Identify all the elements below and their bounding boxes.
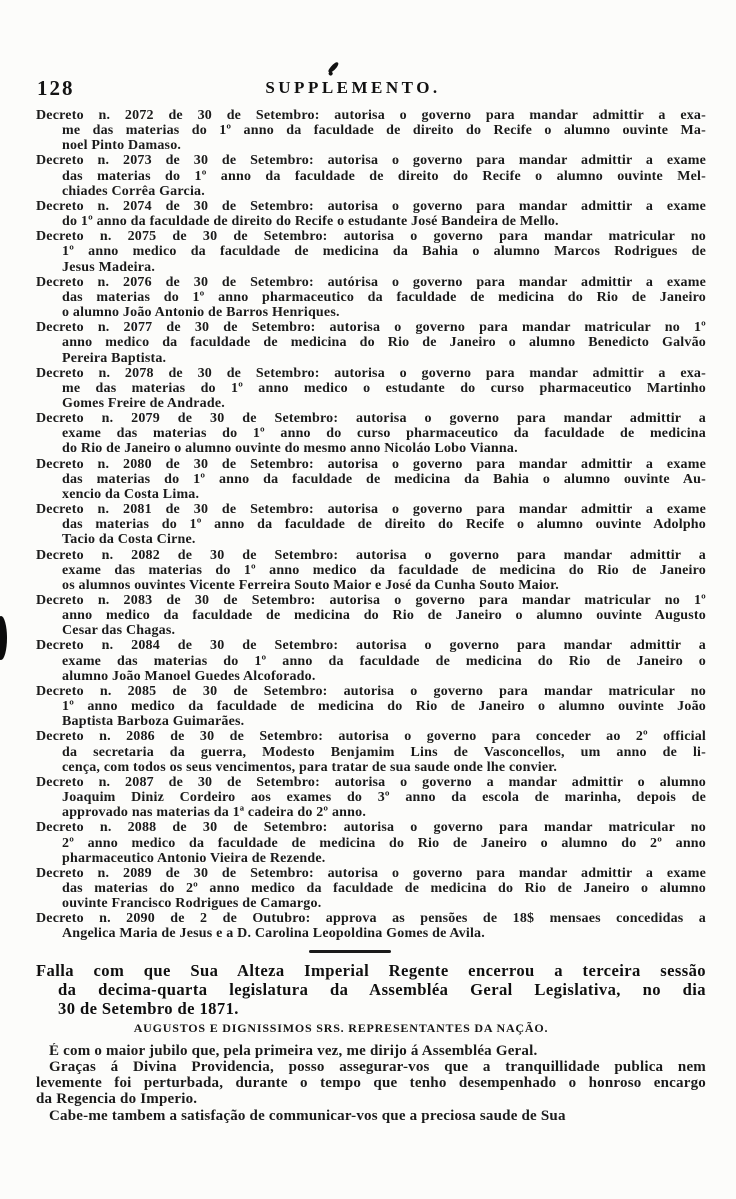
speech-heading: Falla com que Sua Alteza Imperial Regent… [36,961,706,1019]
speech-paragraphs: É com o maior jubilo que, pela primeira … [36,1043,706,1123]
text-line: noel Pinto Damaso. [36,138,706,153]
text-line: Decreto n. 2083 de 30 de Setembro: autor… [36,593,706,608]
text-line: exame das materias do 1º anno da faculda… [36,654,706,669]
decreto-paragraph-2090: Decreto n. 2090 de 2 de Outubro: approva… [36,911,706,941]
decreto-paragraph-2085: Decreto n. 2085 de 30 de Setembro: autor… [36,684,706,729]
text-line: Decreto n. 2075 de 30 de Setembro: autor… [36,229,706,244]
text-line: Decreto n. 2082 de 30 de Setembro: autor… [36,548,706,563]
text-line: alumno João Manoel Guedes Alcoforado. [36,669,706,684]
decreto-paragraph-2088: Decreto n. 2088 de 30 de Setembro: autor… [36,820,706,865]
text-line: Cabe-me tambem a satisfação de communica… [36,1108,706,1124]
decree-list: Decreto n. 2072 de 30 de Setembro: autor… [36,108,706,942]
text-line: É com o maior jubilo que, pela primeira … [36,1043,706,1059]
text-line: da decima-quarta legislatura da Assemblé… [36,980,706,999]
decreto-paragraph-2075: Decreto n. 2075 de 30 de Setembro: autor… [36,229,706,274]
text-line: 1º anno medico da faculdade de medicina … [36,244,706,259]
text-line: me das materias do 1º anno da faculdade … [36,123,706,138]
speech-paragraph-2: Graças á Divina Providencia, posso asseg… [36,1059,706,1107]
text-line: das materias do 1º anno da faculdade de … [36,169,706,184]
text-line: Gomes Freire de Andrade. [36,396,706,411]
text-line: das materias do 2º anno medico da faculd… [36,881,706,896]
text-line: approvado nas materias da 1ª cadeira do … [36,805,706,820]
text-line: Decreto n. 2086 de 30 de Setembro: autor… [36,729,706,744]
text-line: Angelica Maria de Jesus e a D. Carolina … [36,926,706,941]
text-line: Cesar das Chagas. [36,623,706,638]
text-line: Decreto n. 2085 de 30 de Setembro: autor… [36,684,706,699]
text-line: Decreto n. 2078 de 30 de Setembro: autor… [36,366,706,381]
speech-salutation: AUGUSTOS E DIGNISSIMOS SRS. REPRESENTANT… [6,1021,676,1036]
decreto-paragraph-2076: Decreto n. 2076 de 30 de Setembro: autór… [36,275,706,320]
text-line: os alumnos ouvintes Vicente Ferreira Sou… [36,578,706,593]
text-line: Graças á Divina Providencia, posso asseg… [36,1059,706,1075]
decreto-paragraph-2080: Decreto n. 2080 de 30 de Setembro: autor… [36,457,706,502]
text-line: xencio da Costa Lima. [36,487,706,502]
text-line: Decreto n. 2081 de 30 de Setembro: autor… [36,502,706,517]
text-line: 1º anno medico da faculdade de medicina … [36,699,706,714]
text-line: do Rio de Janeiro o alumno ouvinte do me… [36,441,706,456]
text-line: me das materias do 1º anno medico o estu… [36,381,706,396]
decreto-paragraph-2089: Decreto n. 2089 de 30 de Setembro: autor… [36,866,706,911]
scanned-document-page: 128 SUPPLEMENTO. Decreto n. 2072 de 30 d… [0,0,736,1199]
text-line: Joaquim Diniz Cordeiro aos exames do 3º … [36,790,706,805]
text-line: chiades Corrêa Garcia. [36,184,706,199]
decreto-paragraph-2086: Decreto n. 2086 de 30 de Setembro: autor… [36,729,706,774]
text-line: Decreto n. 2077 de 30 de Setembro: autor… [36,320,706,335]
decreto-paragraph-2072: Decreto n. 2072 de 30 de Setembro: autor… [36,108,706,153]
speech-paragraph-1: É com o maior jubilo que, pela primeira … [36,1043,706,1059]
text-line: o alumno João Antonio de Barros Henrique… [36,305,706,320]
text-line: 30 de Setembro de 1871. [36,999,706,1018]
text-line: Decreto n. 2079 de 30 de Setembro: autor… [36,411,706,426]
text-line: pharmaceutico Antonio Vieira de Rezende. [36,851,706,866]
page-header: 128 SUPPLEMENTO. [36,74,706,98]
decreto-paragraph-2073: Decreto n. 2073 de 30 de Setembro: autor… [36,153,706,198]
ink-blot-icon [0,616,7,660]
text-line: Decreto n. 2084 de 30 de Setembro: autor… [36,638,706,653]
text-line: das materias do 1º anno pharmaceutico da… [36,290,706,305]
text-line: da secretaria da guerra, Modesto Benjami… [36,745,706,760]
page-content: 128 SUPPLEMENTO. Decreto n. 2072 de 30 d… [36,0,706,1124]
text-line: levemente foi perturbada, durante o temp… [36,1075,706,1091]
text-line: do 1º anno da faculdade de direito do Re… [36,214,706,229]
text-line: das materias do 1º anno da faculdade de … [36,472,706,487]
text-line: Decreto n. 2074 de 30 de Setembro: autor… [36,199,706,214]
text-line: anno medico da faculdade de medicina do … [36,335,706,350]
text-line: Jesus Madeira. [36,260,706,275]
text-line: Decreto n. 2073 de 30 de Setembro: autor… [36,153,706,168]
decreto-paragraph-2082: Decreto n. 2082 de 30 de Setembro: autor… [36,548,706,593]
decreto-paragraph-2074: Decreto n. 2074 de 30 de Setembro: autor… [36,199,706,229]
decreto-paragraph-2077: Decreto n. 2077 de 30 de Setembro: autor… [36,320,706,365]
decreto-paragraph-2078: Decreto n. 2078 de 30 de Setembro: autor… [36,366,706,411]
text-line: Decreto n. 2088 de 30 de Setembro: autor… [36,820,706,835]
text-line: Decreto n. 2076 de 30 de Setembro: autór… [36,275,706,290]
text-line: Tacio da Costa Cirne. [36,532,706,547]
text-line: exame das materias do 1º anno medico da … [36,563,706,578]
text-line: ouvinte Francisco Rodrigues de Camargo. [36,896,706,911]
text-line: exame das materias do 1º anno do curso p… [36,426,706,441]
decreto-paragraph-2087: Decreto n. 2087 de 30 de Setembro: autor… [36,775,706,820]
text-line: Decreto n. 2087 de 30 de Setembro: autor… [36,775,706,790]
section-divider-rule [309,950,391,953]
decreto-paragraph-2081: Decreto n. 2081 de 30 de Setembro: autor… [36,502,706,547]
text-line: anno medico da faculdade de medicina do … [36,608,706,623]
text-line: 2º anno medico da faculdade de medicina … [36,836,706,851]
text-line: Decreto n. 2089 de 30 de Setembro: autor… [36,866,706,881]
text-line: Pereira Baptista. [36,351,706,366]
text-line: das materias do 1º anno da faculdade de … [36,517,706,532]
page-title: SUPPLEMENTO. [18,74,688,98]
speech-paragraph-3: Cabe-me tambem a satisfação de communica… [36,1108,706,1124]
text-line: Decreto n. 2090 de 2 de Outubro: approva… [36,911,706,926]
text-line: Decreto n. 2080 de 30 de Setembro: autor… [36,457,706,472]
text-line: Falla com que Sua Alteza Imperial Regent… [36,961,706,980]
text-line: da Regencia do Imperio. [36,1091,706,1107]
text-line: Decreto n. 2072 de 30 de Setembro: autor… [36,108,706,123]
decreto-paragraph-2084: Decreto n. 2084 de 30 de Setembro: autor… [36,638,706,683]
decreto-paragraph-2083: Decreto n. 2083 de 30 de Setembro: autor… [36,593,706,638]
decreto-paragraph-2079: Decreto n. 2079 de 30 de Setembro: autor… [36,411,706,456]
text-line: Baptista Barboza Guimarães. [36,714,706,729]
text-line: cença, com todos os seus vencimentos, pa… [36,760,706,775]
